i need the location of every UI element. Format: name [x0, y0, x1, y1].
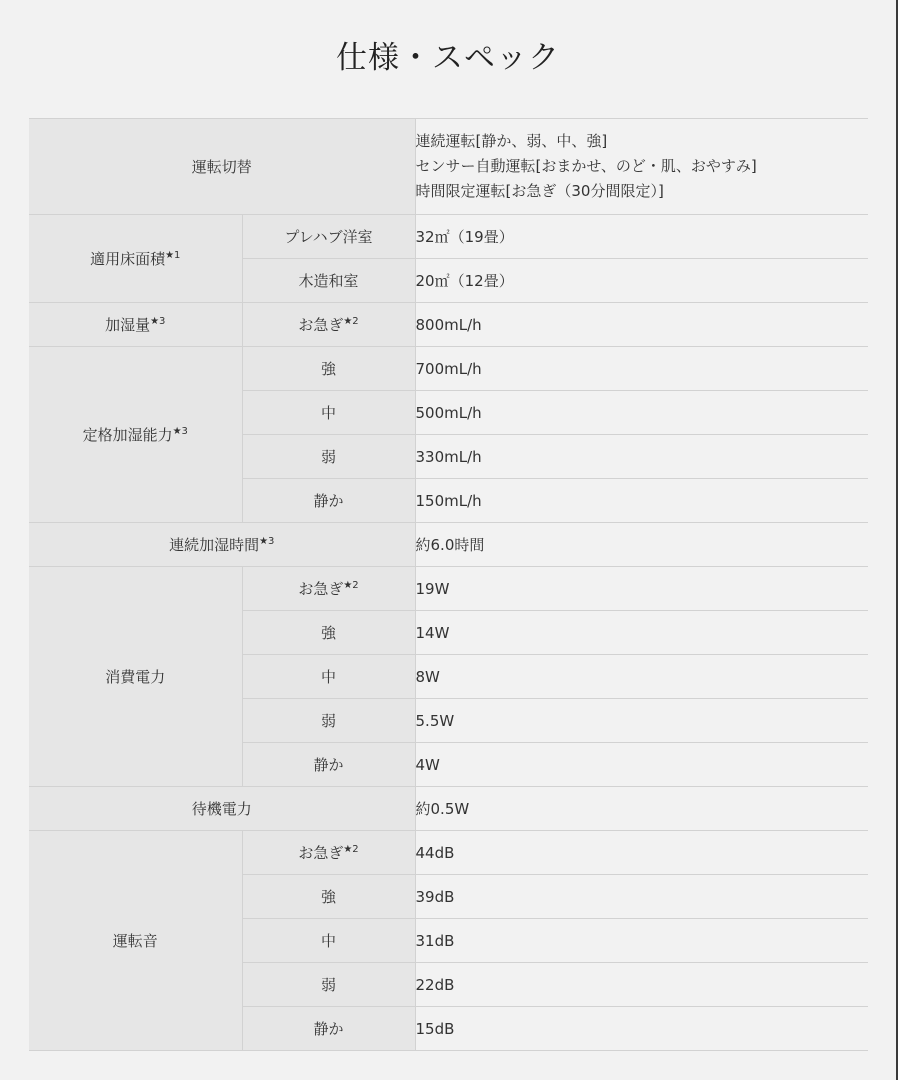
spec-value: 8W	[415, 655, 868, 699]
spec-sublabel: 中	[242, 391, 415, 435]
spec-sublabel: 中	[242, 919, 415, 963]
spec-row-noise: 運転音 お急ぎ★2 44dB	[29, 831, 868, 875]
spec-sublabel: 強	[242, 347, 415, 391]
page-title: 仕様・スペック	[0, 36, 896, 80]
spec-sublabel: 弱	[242, 435, 415, 479]
spec-sublabel: 弱	[242, 699, 415, 743]
spec-value: 31dB	[415, 919, 868, 963]
footnote-mark: ★2	[343, 316, 358, 327]
spec-label: 加湿量★3	[29, 303, 242, 347]
mode-continuous: 連続運転[静か、弱、中、強]	[416, 129, 869, 154]
spec-table: 運転切替 連続運転[静か、弱、中、強] センサー自動運転[おまかせ、のど・肌、お…	[29, 118, 868, 1051]
spec-row-power-consumption: 消費電力 お急ぎ★2 19W	[29, 567, 868, 611]
spec-label: 待機電力	[29, 787, 415, 831]
spec-row-floor-area: 適用床面積★1 プレハブ洋室 32㎡（19畳）	[29, 215, 868, 259]
spec-row-rated-capacity: 定格加湿能力★3 強 700mL/h	[29, 347, 868, 391]
spec-value: 150mL/h	[415, 479, 868, 523]
spec-row-standby-power: 待機電力 約0.5W	[29, 787, 868, 831]
spec-row-operation-mode: 運転切替 連続運転[静か、弱、中、強] センサー自動運転[おまかせ、のど・肌、お…	[29, 119, 868, 215]
spec-value: 14W	[415, 611, 868, 655]
footnote-mark: ★2	[343, 580, 358, 591]
spec-value: 約0.5W	[415, 787, 868, 831]
spec-value: 32㎡（19畳）	[415, 215, 868, 259]
spec-value: 39dB	[415, 875, 868, 919]
spec-value: 連続運転[静か、弱、中、強] センサー自動運転[おまかせ、のど・肌、おやすみ] …	[415, 119, 868, 215]
spec-value: 44dB	[415, 831, 868, 875]
spec-value: 4W	[415, 743, 868, 787]
spec-row-continuous-time: 連続加湿時間★3 約6.0時間	[29, 523, 868, 567]
spec-value: 約6.0時間	[415, 523, 868, 567]
footnote-mark: ★1	[165, 250, 180, 261]
mode-time-limited: 時間限定運転[お急ぎ（30分間限定）]	[416, 179, 869, 204]
spec-value: 700mL/h	[415, 347, 868, 391]
spec-sublabel: プレハブ洋室	[242, 215, 415, 259]
spec-sublabel: お急ぎ★2	[242, 567, 415, 611]
spec-sublabel: 静か	[242, 479, 415, 523]
spec-sublabel: 弱	[242, 963, 415, 1007]
spec-label: 運転音	[29, 831, 242, 1051]
spec-value: 5.5W	[415, 699, 868, 743]
footnote-mark: ★3	[173, 426, 188, 437]
footnote-mark: ★3	[150, 316, 165, 327]
spec-value: 20㎡（12畳）	[415, 259, 868, 303]
spec-sublabel: 強	[242, 611, 415, 655]
mode-sensor-auto: センサー自動運転[おまかせ、のど・肌、おやすみ]	[416, 154, 869, 179]
spec-label: 運転切替	[29, 119, 415, 215]
spec-label: 消費電力	[29, 567, 242, 787]
spec-sublabel: 強	[242, 875, 415, 919]
spec-sublabel: 静か	[242, 1007, 415, 1051]
spec-value: 330mL/h	[415, 435, 868, 479]
footnote-mark: ★3	[259, 536, 274, 547]
spec-label: 適用床面積★1	[29, 215, 242, 303]
footnote-mark: ★2	[343, 844, 358, 855]
spec-value: 15dB	[415, 1007, 868, 1051]
spec-sublabel: 木造和室	[242, 259, 415, 303]
spec-row-humidification: 加湿量★3 お急ぎ★2 800mL/h	[29, 303, 868, 347]
spec-value: 500mL/h	[415, 391, 868, 435]
spec-label: 連続加湿時間★3	[29, 523, 415, 567]
spec-value: 22dB	[415, 963, 868, 1007]
spec-value: 19W	[415, 567, 868, 611]
spec-value: 800mL/h	[415, 303, 868, 347]
spec-sublabel: 中	[242, 655, 415, 699]
spec-sublabel: 静か	[242, 743, 415, 787]
spec-sublabel: お急ぎ★2	[242, 303, 415, 347]
spec-label: 定格加湿能力★3	[29, 347, 242, 523]
spec-sublabel: お急ぎ★2	[242, 831, 415, 875]
